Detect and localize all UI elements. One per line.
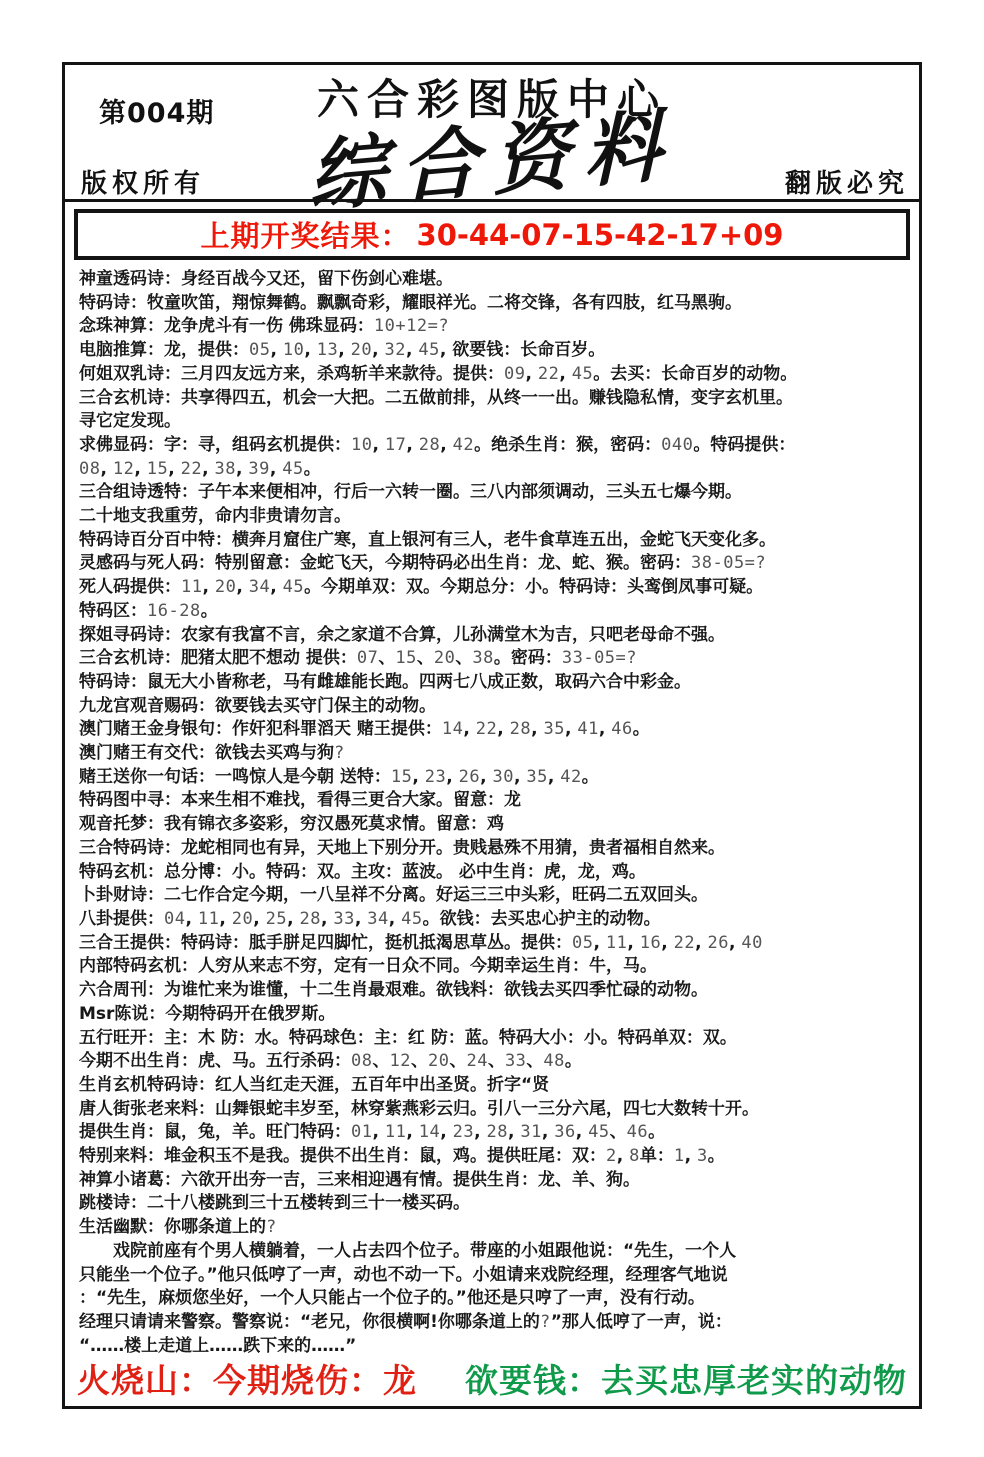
body-line: 提供生肖：鼠，兔，羊。旺门特码：01, 11, 14, 23, 28, 31, … bbox=[79, 1121, 909, 1145]
body-line: 只能坐一个位子。”他只低哼了一声，动也不动一下。小姐请来戏院经理，经理客气地说 bbox=[79, 1264, 909, 1288]
body-line: 经理只请请来警察。警察说：“老兄，你很横啊!你哪条道上的?”那人低哼了一声，说： bbox=[79, 1311, 909, 1335]
body-line: 特码诗：鼠无大小皆称老，马有雌雄能长跑。四两七八成正数，取码六合中彩金。 bbox=[79, 671, 909, 695]
body-line: 特码玄机：总分博：小。特码：双。主攻：蓝波。 必中生肖：虎，龙，鸡。 bbox=[79, 861, 909, 885]
last-draw-result-banner: 上期开奖结果： 30-44-07-15-42-17+09 bbox=[74, 209, 910, 260]
body-line: 特码诗：牧童吹笛，翔惊舞鹤。飘飘奇彩，耀眼祥光。二将交锋，各有四肢，红马黑驹。 bbox=[79, 292, 909, 316]
body-line: 特码区：16-28。 bbox=[79, 600, 909, 624]
body-line: 何姐双乳诗：三月四友远方来，杀鸡斩羊来款待。提供：09, 22, 45。去买：长… bbox=[79, 363, 909, 387]
body-line: 生肖玄机特码诗：红人当红走天涯，五百年中出圣贤。折字“贤 bbox=[79, 1074, 909, 1098]
body-line: 澳门赌王金身银句：作奸犯科罪滔天 赌王提供：14, 22, 28, 35, 41… bbox=[79, 718, 909, 742]
copyright-notice-right: 翻版必究 bbox=[785, 163, 909, 200]
result-numbers: 30-44-07-15-42-17+09 bbox=[417, 218, 784, 252]
page-frame: 第004期 六合彩图版中心 综合资料 版权所有 翻版必究 上期开奖结果： 30-… bbox=[62, 62, 922, 1409]
footer-red-text: 火烧山：今期烧伤：龙 bbox=[77, 1355, 417, 1402]
body-line: 赌王送你一句话：一鸣惊人是今朝 送特：15, 23, 26, 30, 35, 4… bbox=[79, 766, 909, 790]
body-line: 三合玄机诗：肥猪太肥不想动 提供：07、15、20、38。密码：33-05=? bbox=[79, 647, 909, 671]
header: 第004期 六合彩图版中心 综合资料 版权所有 翻版必究 bbox=[65, 65, 919, 199]
body-line: 寻它定发现。 bbox=[79, 410, 909, 434]
body-line: 五行旺开：主：木 防：水。特码球色：主：红 防：蓝。特码大小：小。特码单双：双。 bbox=[79, 1027, 909, 1051]
body-line: 死人码提供：11, 20, 34, 45。今期单双：双。今期总分：小。特码诗：头… bbox=[79, 576, 909, 600]
body-line: 二十地支我重劳，命内非贵请勿言。 bbox=[79, 505, 909, 529]
body-line: 三合玄机诗：共享得四五，机会一大把。二五做前排，从终一一出。赚钱隐私情，变字玄机… bbox=[79, 387, 909, 411]
body-line: 八卦提供：04, 11, 20, 25, 28, 33, 34, 45。欲钱：去… bbox=[79, 908, 909, 932]
body-line: Msr陈说：今期特码开在俄罗斯。 bbox=[79, 1003, 909, 1027]
body-line: 三合王提供：特码诗：胝手胼足四脚忙，挺机抵渴思草丛。提供：05, 11, 16,… bbox=[79, 932, 909, 956]
body-line: 澳门赌王有交代：欲钱去买鸡与狗? bbox=[79, 742, 909, 766]
body-line: 唐人街张老来料：山舞银蛇丰岁至，林穿紫燕彩云归。引八一三分六尾，四七大数转十开。 bbox=[79, 1098, 909, 1122]
body-line: 08, 12, 15, 22, 38, 39, 45。 bbox=[79, 458, 909, 482]
result-label: 上期开奖结果： bbox=[201, 214, 411, 255]
body-line: 内部特码玄机：人穷从来志不穷，定有一日众不同。今期幸运生肖：牛，马。 bbox=[79, 955, 909, 979]
body-line: ：“先生，麻烦您坐好，一个人只能占一个位子的。”他还是只哼了一声，没有行动。 bbox=[79, 1287, 909, 1311]
body-line: 神算小诸葛：六欲开出夯一吉，三来相迎遇有情。提供生肖：龙、羊、狗。 bbox=[79, 1169, 909, 1193]
body-line: 卜卦财诗：二七作合定今期，一八呈祥不分离。好运三三中头彩，旺码二五双回头。 bbox=[79, 884, 909, 908]
footer-highlight: 火烧山：今期烧伤：龙 欲要钱：去买忠厚老实的动物 bbox=[77, 1357, 907, 1399]
footer-green-text: 欲要钱：去买忠厚老实的动物 bbox=[465, 1355, 907, 1402]
copyright-notice-left: 版权所有 bbox=[81, 163, 205, 200]
content-box: 上期开奖结果： 30-44-07-15-42-17+09 神童透码诗：身经百战今… bbox=[65, 199, 919, 1406]
body-line: 探姐寻码诗：农家有我富不言，余之家道不合算，儿孙满堂木为吉，只吧老母命不强。 bbox=[79, 624, 909, 648]
body-line: 灵感码与死人码：特别留意：金蛇飞天，今期特码必出生肖：龙、蛇、猴。密码：38-0… bbox=[79, 552, 909, 576]
body-line: 三合组诗透特：子午本来便相冲，行后一六转一圈。三八内部须调动，三头五七爆今期。 bbox=[79, 481, 909, 505]
body-line: 六合周刊：为谁忙来为谁懂，十二生肖最艰难。欲钱料：欲钱去买四季忙碌的动物。 bbox=[79, 979, 909, 1003]
tips-text-block: 神童透码诗：身经百战今又还，留下伤剑心难堪。特码诗：牧童吹笛，翔惊舞鹤。飘飘奇彩… bbox=[65, 263, 919, 1358]
body-line: 三合特码诗：龙蛇相同也有异，天地上下别分开。贵贱悬殊不用猜，贵者福相自然来。 bbox=[79, 837, 909, 861]
body-line: 念珠神算：龙争虎斗有一伤 佛珠显码：10+12=? bbox=[79, 315, 909, 339]
body-line: 生活幽默：你哪条道上的? bbox=[79, 1216, 909, 1240]
body-line: 求佛显码：字：寻，组码玄机提供：10, 17, 28, 42。绝杀生肖：猴，密码… bbox=[79, 434, 909, 458]
body-line: 观音托梦：我有锦衣多姿彩，穷汉愚死莫求情。留意：鸡 bbox=[79, 813, 909, 837]
body-line: 特码图中寻：本来生相不难找，看得三更合大家。留意：龙 bbox=[79, 789, 909, 813]
body-line: 今期不出生肖：虎、马。五行杀码：08、12、20、24、33、48。 bbox=[79, 1050, 909, 1074]
body-line: 跳楼诗：二十八楼跳到三十五楼转到三十一楼买码。 bbox=[79, 1192, 909, 1216]
body-line: 神童透码诗：身经百战今又还，留下伤剑心难堪。 bbox=[79, 268, 909, 292]
body-line: 特别来料：堆金积玉不是我。提供不出生肖：鼠，鸡。提供旺尾：双：2, 8单：1, … bbox=[79, 1145, 909, 1169]
body-line: 特码诗百分百中特：横奔月窟住广寒，直上银河有三人，老牛食草连五出，金蛇飞天变化多… bbox=[79, 529, 909, 553]
body-line: 九龙宫观音赐码：欲要钱去买守门保主的动物。 bbox=[79, 695, 909, 719]
body-line: 戏院前座有个男人横躺着，一人占去四个位子。带座的小姐跟他说：“先生，一个人 bbox=[79, 1240, 909, 1264]
body-line: 电脑推算：龙，提供：05, 10, 13, 20, 32, 45, 欲要钱：长命… bbox=[79, 339, 909, 363]
